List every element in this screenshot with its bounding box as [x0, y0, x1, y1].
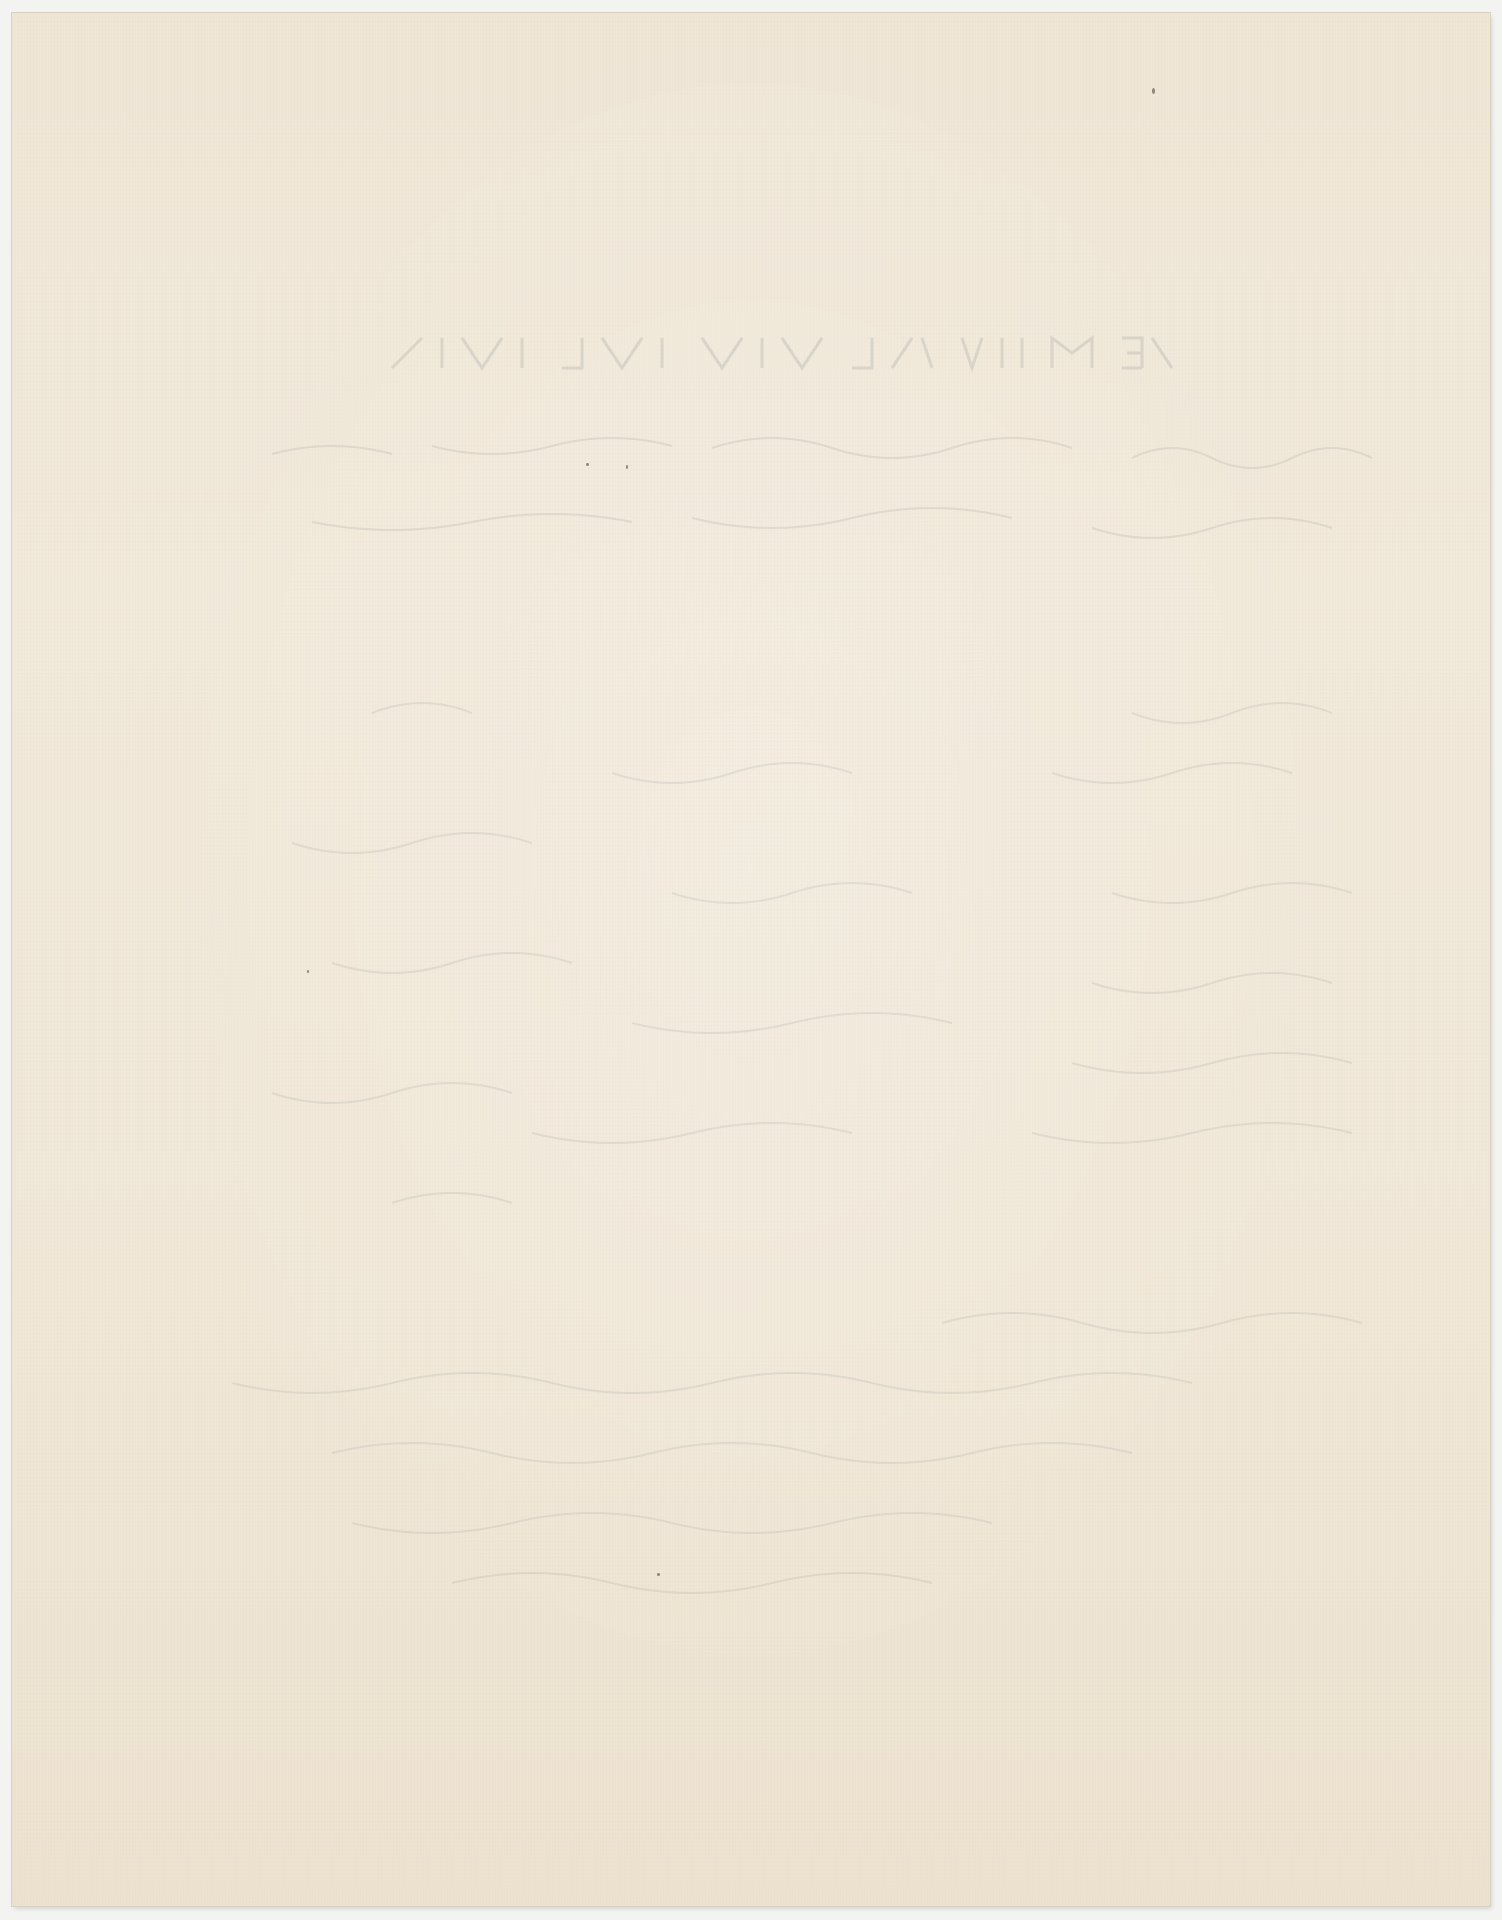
- dust-speck: [586, 463, 589, 466]
- bleed-through-list: [172, 693, 1372, 1217]
- dust-speck: [1152, 88, 1155, 94]
- dust-speck: [657, 1573, 660, 1576]
- paper-sheet: [12, 13, 1490, 1906]
- bleed-through-paragraph: [192, 418, 1392, 562]
- dust-speck: [307, 970, 309, 973]
- bleed-through-title: [362, 328, 1182, 378]
- dust-speck: [626, 465, 628, 469]
- bleed-through-bottom-paragraph: [172, 1293, 1372, 1607]
